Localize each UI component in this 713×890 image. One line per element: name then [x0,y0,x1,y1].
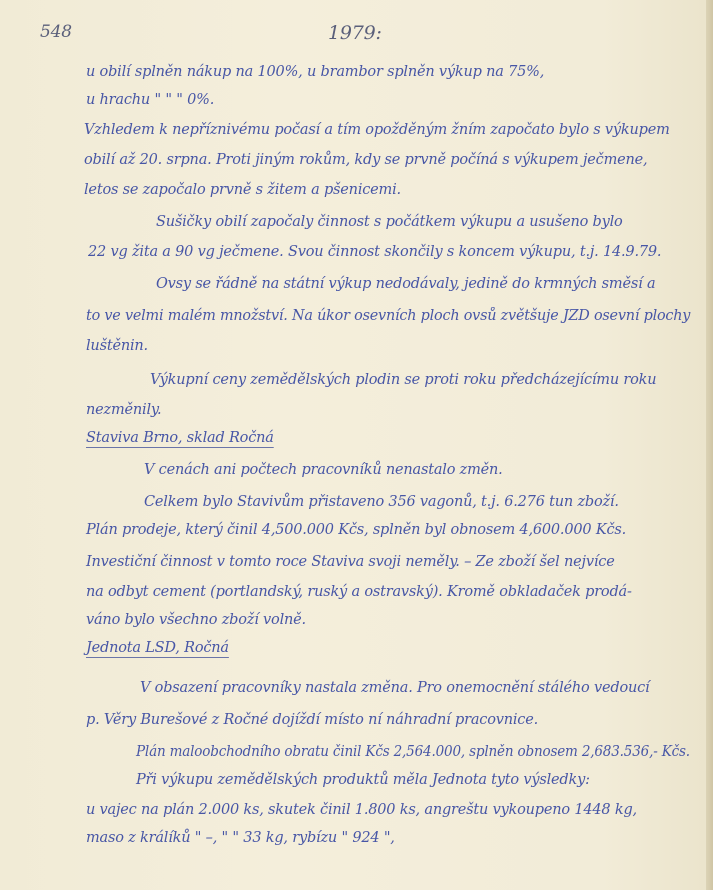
text-line: u vajec na plán 2.000 ks, skutek činil 1… [86,802,637,818]
text-line: V obsazení pracovníky nastala změna. Pro… [140,680,649,696]
text-line: Celkem bylo Stavivům přistaveno 356 vago… [144,494,619,510]
text-line: V cenách ani počtech pracovníků nenastal… [144,462,503,478]
page-edge [706,0,713,890]
page-number: 548 [40,22,72,42]
text-line: Vzhledem k nepříznivému počasí a tím opo… [84,122,670,138]
text-line: Při výkupu zemědělských produktů měla Je… [136,772,590,788]
section-heading-staviva: Staviva Brno, sklad Ročná [86,430,274,446]
text-line: na odbyt cement (portlandský, ruský a os… [86,584,632,600]
text-line: Plán prodeje, který činil 4,500.000 Kčs,… [86,522,626,538]
text-line: letos se započalo prvně s žitem a pšenic… [84,182,401,198]
text-line: obilí až 20. srpna. Proti jiným rokům, k… [84,152,647,168]
scanned-page: 548 1979: u obilí splněn nákup na 100%, … [0,0,706,890]
text-line: to ve velmi malém množství. Na úkor osev… [86,308,690,324]
text-line: u obilí splněn nákup na 100%, u brambor … [86,64,544,80]
text-line: Ovsy se řádně na státní výkup nedodávaly… [156,276,655,292]
section-heading-jednota: Jednota LSD, Ročná [86,640,229,656]
text-line: maso z králíků " –, " " 33 kg, rybízu " … [86,830,395,846]
text-line: u hrachu " " " 0%. [86,92,214,108]
text-line: p. Věry Burešové z Ročné dojíždí místo n… [86,712,538,728]
year-heading: 1979: [328,22,382,44]
text-line: Sušičky obilí započaly činnost s počátke… [156,214,623,230]
text-line: luštěnin. [86,338,148,354]
text-line: Výkupní ceny zemědělských plodin se prot… [150,372,656,388]
text-line: váno bylo všechno zboží volně. [86,612,306,628]
text-line: nezměnily. [86,402,161,418]
text-line: Investiční činnost v tomto roce Staviva … [86,554,615,570]
text-line: Plán maloobchodního obratu činil Kčs 2,5… [136,744,690,760]
text-line: 22 vg žita a 90 vg ječmene. Svou činnost… [88,244,661,260]
